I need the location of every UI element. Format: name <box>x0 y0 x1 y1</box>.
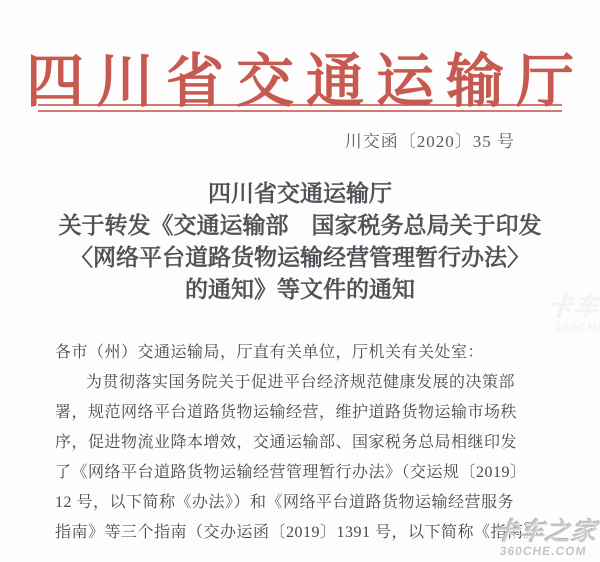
body-line-2: 署，规范网络平台道路货物运输经营，维护道路货物运输市场秩 <box>55 398 525 428</box>
watermark-bottom-right: 卡车之家 360CHE.COM <box>491 512 600 558</box>
body-line-6: 指南》等三个指南（交办运函〔2019〕1391 号，以下简称《指南》） <box>55 518 525 548</box>
salutation-line: 各市（州）交通运输局，厅直有关单位，厅机关有关处室： <box>55 338 525 368</box>
document-title: 四川省交通运输厅 关于转发《交通运输部 国家税务总局关于印发 〈网络平台道路货物… <box>0 178 600 306</box>
title-line-1: 四川省交通运输厅 <box>0 178 600 210</box>
body-line-4: 了《网络平台道路货物运输经营管理暂行办法》（交运规〔2019〕 <box>55 458 525 488</box>
watermark-faint: 卡车之家 360CHE.COM <box>546 288 600 334</box>
scanned-official-document: 四川省交通运输厅 川交函〔2020〕35 号 四川省交通运输厅 关于转发《交通运… <box>0 0 600 562</box>
body-line-1: 为贯彻落实国务院关于促进平台经济规范健康发展的决策部 <box>55 368 525 398</box>
document-body: 各市（州）交通运输局，厅直有关单位，厅机关有关处室： 为贯彻落实国务院关于促进平… <box>55 338 525 548</box>
title-line-2: 关于转发《交通运输部 国家税务总局关于印发 <box>0 210 600 242</box>
watermark-site-url: 360CHE.COM <box>491 544 596 558</box>
title-line-3: 〈网络平台道路货物运输经营管理暂行办法〉 <box>0 242 600 274</box>
body-line-5: 12 号，以下简称《办法》）和《网络平台道路货物运输经营服务 <box>55 488 525 518</box>
watermark-brand-logo: 卡车之家 <box>547 288 600 324</box>
letterhead-double-rule <box>38 104 562 112</box>
title-line-4: 的通知》等文件的通知 <box>0 274 600 306</box>
watermark-brand-logo: 卡车之家 <box>492 512 600 548</box>
document-reference-number: 川交函〔2020〕35 号 <box>0 127 600 152</box>
body-line-3: 序，促进物流业降本增效，交通运输部、国家税务总局相继印发 <box>55 428 525 458</box>
